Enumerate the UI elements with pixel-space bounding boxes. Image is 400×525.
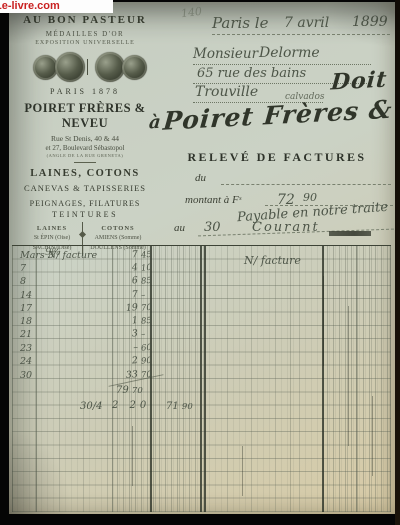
row-francs: 3 (114, 328, 139, 341)
table-row: 18185 (12, 316, 391, 329)
products-line-2: CANEVAS & TAPISSERIES (19, 183, 151, 193)
row-centimes: 85 (141, 275, 158, 286)
row-date: 21 (20, 329, 54, 340)
mills-right-head: COTONS (89, 224, 147, 234)
addressed-to-name: Poiret Frères & Neveu (162, 89, 400, 136)
row-francs: 7 (114, 289, 139, 302)
row-date: 18 (20, 316, 54, 327)
row-centimes: – (141, 328, 158, 339)
du-rule (221, 184, 391, 185)
divider (74, 162, 96, 163)
row-francs: 19 (114, 302, 139, 315)
row-centimes: – (141, 289, 158, 300)
payable-day: 30 (204, 220, 221, 235)
medal-illustrations (19, 49, 151, 85)
du-line: du (195, 172, 393, 188)
row-date: 8 (20, 276, 54, 287)
photo-right-edge (395, 0, 400, 525)
row-francs: 6 (114, 275, 139, 288)
row-centimes: 45 (141, 249, 158, 260)
date-year: 1899 (352, 14, 388, 30)
row-centimes: 90 (141, 355, 158, 366)
row-francs: – (114, 342, 139, 355)
table-row: 213– (12, 329, 391, 342)
recipient-line: Monsieur Delorme (193, 44, 371, 65)
table-row: 7410 (12, 263, 391, 276)
company-name: POIRET FRÈRES & NEVEU (19, 101, 151, 131)
letterhead-tagline: AU BON PASTEUR (19, 14, 151, 26)
row-centimes: 70 (141, 302, 158, 313)
row-francs: 2 (114, 355, 139, 368)
watermark-text: Le-livre.com (0, 0, 113, 13)
balance-francs: 71 (166, 401, 179, 412)
row-centimes: 10 (141, 262, 158, 273)
table-row: Mars 3N/ facture745 (12, 250, 391, 263)
row-francs: 7 (114, 249, 139, 262)
pencil-number: 140 (180, 5, 202, 20)
row-date: 17 (20, 303, 54, 314)
company-address-3: (ANGLE DE LA RUE GRENETA) (19, 153, 151, 158)
mills-left-line1: St ÉPIN (Oise) (23, 234, 81, 244)
table-row: 303370 (12, 370, 391, 383)
table-row: 8685 (12, 276, 391, 289)
products-line-1: LAINES, COTONS (19, 168, 151, 179)
date-line: Paris le 7 avril 1899 (212, 12, 394, 38)
medal-icon (55, 52, 85, 82)
du-label: du (195, 172, 206, 184)
printer-mark (329, 231, 371, 236)
row-date: 24 (20, 356, 54, 367)
row-date: 30 (20, 370, 54, 381)
recipient-title: Monsieur (193, 46, 258, 62)
total-francs: 79 (116, 385, 129, 396)
table-row: 23–60 (12, 343, 391, 356)
closing-date: 30/4 (80, 401, 102, 412)
addressed-to: à Poiret Frères & Neveu (147, 94, 399, 146)
company-address-2: et 27, Boulevard Sébastopol (19, 144, 151, 152)
amount-label: montant à Fˢ (185, 194, 241, 206)
document-title: RELEVÉ DE FACTURES (183, 150, 371, 165)
medal-line-1: MÉDAILLES D'OR (19, 30, 151, 38)
total-centimes: 70 (132, 386, 143, 396)
table-row: 147– (12, 290, 391, 303)
medal-caption: PARIS 1878 (19, 87, 151, 96)
row-centimes: 85 (141, 315, 158, 326)
company-address-1: Rue St Denis, 40 & 44 (19, 134, 151, 143)
row-francs: 4 (114, 262, 139, 275)
recipient-name: Delorme (259, 45, 320, 61)
letterhead: AU BON PASTEUR MÉDAILLES D'OR EXPOSITION… (19, 14, 151, 254)
table-row: 24290 (12, 356, 391, 369)
amount-centimes: 90 (303, 191, 317, 204)
row-francs: 1 (114, 315, 139, 328)
closing-balance: 71 90 (166, 401, 193, 412)
row-centimes: 60 (141, 342, 158, 353)
row-date: 23 (20, 343, 54, 354)
doit-label: Doit (330, 66, 388, 95)
mills-left-head: LAINES (23, 224, 81, 234)
mills-right-line1: AMIENS (Somme) (89, 234, 147, 244)
place-label: Paris le (212, 14, 268, 32)
watermark-badge: Le-livre.com (0, 0, 113, 13)
addressed-to-prefix: à (148, 112, 163, 134)
medal-line-2: EXPOSITION UNIVERSELLE (19, 40, 151, 46)
row-date: 14 (20, 290, 54, 301)
medal-divider-ornament (87, 59, 94, 75)
medal-icon (95, 52, 125, 82)
products-line-4: TEINTURES (19, 210, 151, 219)
date-rule (212, 34, 390, 35)
invoice-paper: AU BON PASTEUR MÉDAILLES D'OR EXPOSITION… (9, 2, 395, 514)
scanned-invoice-photo: Le-livre.com AU BON PASTEUR MÉDAILLES D'… (0, 0, 400, 525)
products-line-3: PEIGNAGES, FILATURES (19, 199, 151, 208)
recipient-street: 65 rue des bains (197, 66, 306, 81)
balance-centimes: 90 (182, 402, 193, 412)
ink-stroke (132, 426, 133, 486)
ink-stroke (372, 396, 373, 476)
table-row: 171970 (12, 303, 391, 316)
total-line: 79 70 (116, 385, 143, 396)
medal-icon (122, 55, 147, 80)
statement-table: 9% N/ facture Mars 3N/ facture745 7410 8… (12, 245, 391, 512)
ink-stroke (242, 446, 243, 496)
row-desc: N/ facture (48, 250, 118, 261)
date-month: 7 avril (284, 15, 329, 31)
row-date: 7 (20, 263, 54, 274)
closing-amount: 2 20 (112, 400, 150, 411)
au-label: au (174, 222, 185, 234)
